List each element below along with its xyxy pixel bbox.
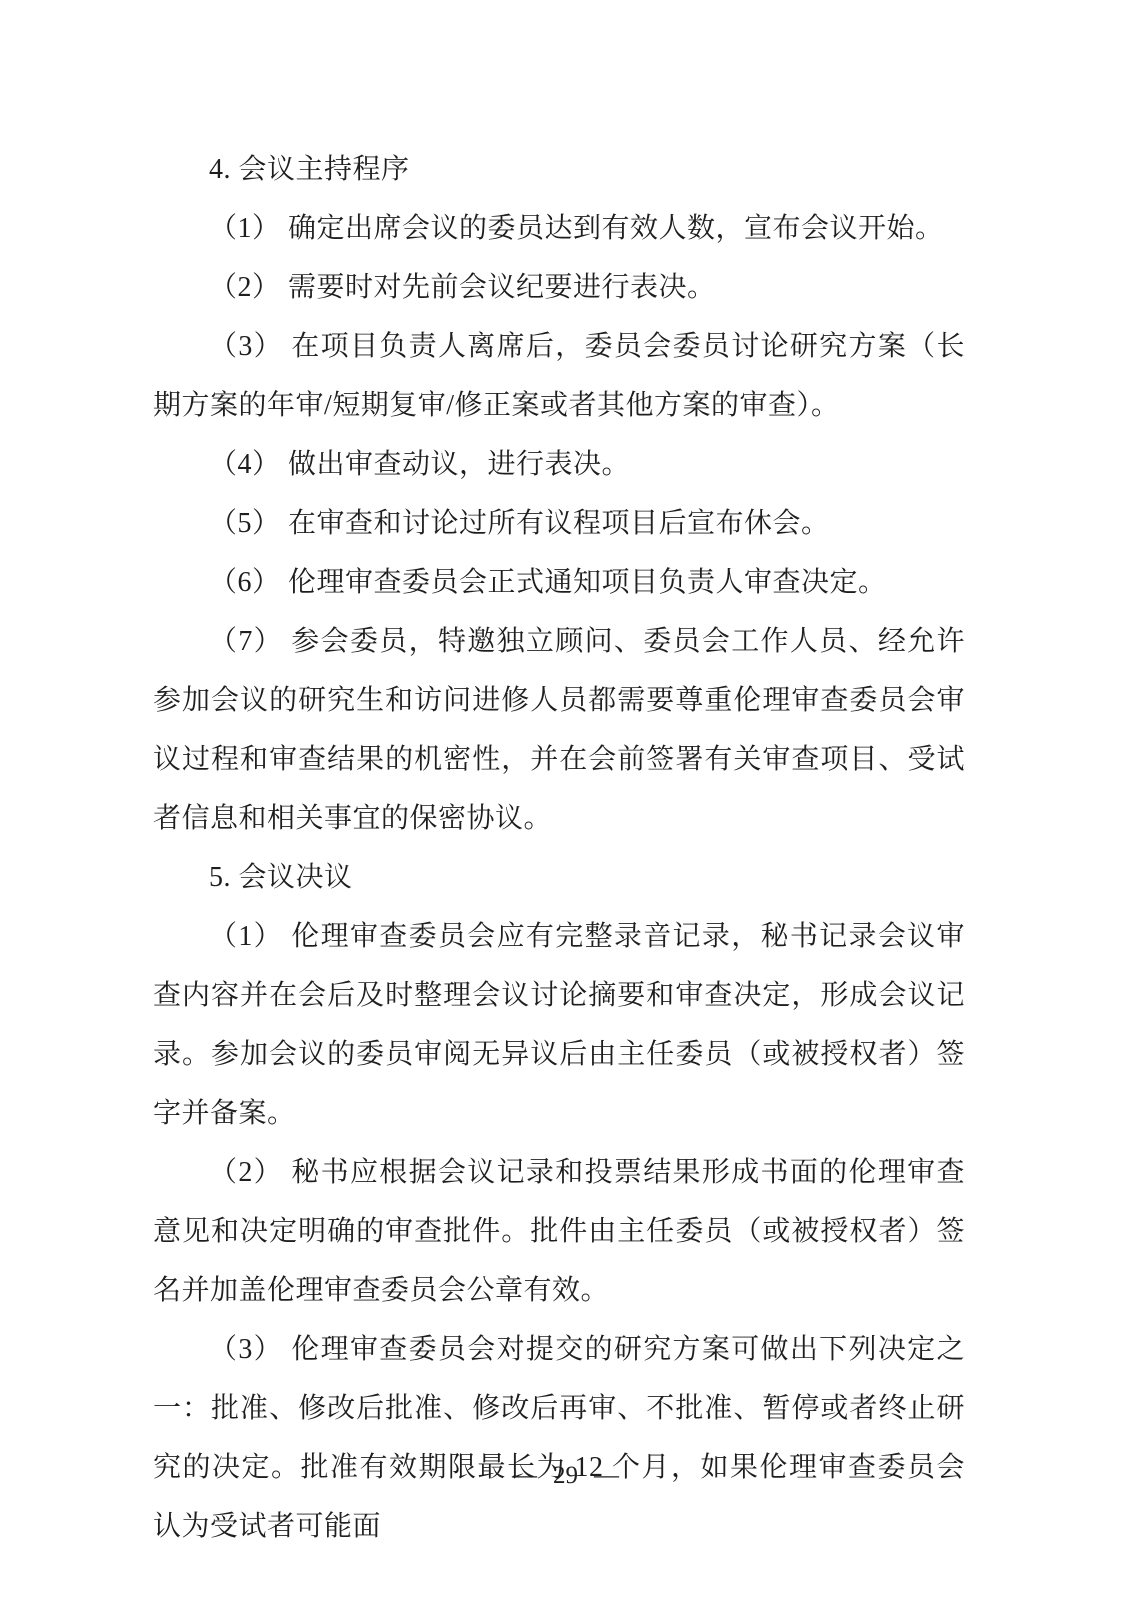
paragraph: （1） 伦理审查委员会应有完整录音记录，秘书记录会议审查内容并在会后及时整理会议… <box>153 907 965 1143</box>
page-number: 29 <box>553 1462 578 1490</box>
paragraph: （2） 秘书应根据会议记录和投票结果形成书面的伦理审查意见和决定明确的审查批件。… <box>153 1143 965 1320</box>
paragraph: （1） 确定出席会议的委员达到有效人数，宣布会议开始。 <box>153 199 965 258</box>
paragraph: （7） 参会委员，特邀独立顾问、委员会工作人员、经允许参加会议的研究生和访问进修… <box>153 612 965 848</box>
paragraph: （6） 伦理审查委员会正式通知项目负责人审查决定。 <box>153 553 965 612</box>
document-body: 4. 会议主持程序（1） 确定出席会议的委员达到有效人数，宣布会议开始。（2） … <box>153 140 965 1556</box>
footer-left-dash: — <box>512 1462 537 1490</box>
page-footer: — 29 — <box>0 1462 1131 1490</box>
paragraph: 5. 会议决议 <box>153 848 965 907</box>
paragraph: （2） 需要时对先前会议纪要进行表决。 <box>153 258 965 317</box>
paragraph: 4. 会议主持程序 <box>153 140 965 199</box>
paragraph: （3） 伦理审查委员会对提交的研究方案可做出下列决定之一：批准、修改后批准、修改… <box>153 1320 965 1556</box>
footer-right-dash: — <box>594 1462 619 1490</box>
paragraph: （3） 在项目负责人离席后，委员会委员讨论研究方案（长期方案的年审/短期复审/修… <box>153 317 965 435</box>
document-page: 4. 会议主持程序（1） 确定出席会议的委员达到有效人数，宣布会议开始。（2） … <box>0 0 1131 1600</box>
paragraph: （5） 在审查和讨论过所有议程项目后宣布休会。 <box>153 494 965 553</box>
paragraph: （4） 做出审查动议，进行表决。 <box>153 435 965 494</box>
